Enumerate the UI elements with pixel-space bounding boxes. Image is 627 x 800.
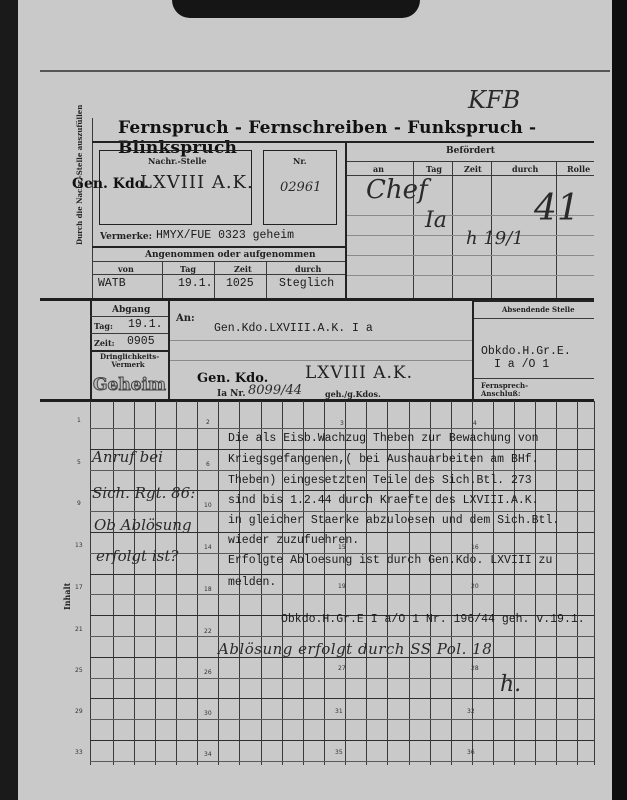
col-zeit: Zeit [464, 164, 482, 174]
row-number: 34 [204, 751, 212, 758]
rule [90, 316, 168, 317]
abgang-zeit-value: 0905 [127, 335, 155, 348]
rule [92, 246, 345, 248]
nr-label: Nr. [293, 156, 307, 166]
rule [170, 340, 472, 341]
nachr-stelle-label: Nachr.-Stelle [148, 156, 207, 166]
grid-row-line [90, 698, 594, 699]
col-rolle: Rolle [567, 164, 590, 174]
an-value: Gen.Kdo.LXVIII.A.K. I a [214, 322, 373, 335]
row-number: 19 [338, 583, 346, 590]
row-number: 16 [471, 544, 479, 551]
rule [347, 255, 594, 256]
grid-col-line [197, 401, 198, 765]
row-number: 9 [77, 500, 81, 507]
grid-row-line [90, 511, 594, 512]
grid-col-line [90, 401, 91, 765]
rule [347, 275, 594, 276]
inhalt-label: Inhalt [62, 583, 72, 610]
rule [90, 333, 168, 334]
an-label: An: [176, 313, 195, 324]
vermerke-value: HMYX/FUE 0323 geheim [156, 229, 294, 242]
grid-row-line [90, 449, 594, 450]
row-number: 5 [77, 459, 81, 466]
row-number: 35 [335, 749, 343, 756]
grid-row-line [90, 470, 594, 471]
rule [474, 378, 594, 379]
message-line: Erfolgte Abloesung ist durch Gen.Kdo. LX… [228, 554, 552, 567]
rule [474, 318, 594, 319]
abgang-header: Abgang [112, 305, 150, 315]
message-line: melden. [228, 576, 276, 589]
stamp-suffix: geh./g.Kdos. [325, 389, 381, 399]
nachr-stelle-prefix: Gen. Kdo. [72, 176, 149, 192]
col-divider [266, 261, 267, 298]
margin-note-line: Anruf bei [92, 448, 163, 466]
margin-note-line: erfolgt ist? [96, 547, 178, 565]
annotation-kfb: KFB [468, 86, 520, 114]
grid-col-line [218, 401, 219, 765]
row-number: 3 [340, 420, 344, 427]
abgang-tag-value: 19.1. [128, 318, 163, 331]
message-line: Kriegsgefangenen,( bei Aushauarbeiten am… [228, 453, 539, 466]
row-number: 1 [77, 417, 81, 424]
grid-row-line [90, 719, 594, 720]
rule [170, 360, 472, 361]
row-number: 29 [75, 708, 83, 715]
rule [474, 300, 594, 302]
durch-value: Steglich [279, 277, 334, 290]
row-number: 20 [471, 583, 479, 590]
grid-row-line [90, 574, 594, 575]
divider [472, 300, 474, 399]
row-number: 28 [471, 665, 479, 672]
row-number: 21 [75, 626, 83, 633]
col-tag: Tag [180, 264, 196, 274]
col-tag: Tag [426, 164, 442, 174]
absendende-line2: I a /O 1 [494, 358, 549, 371]
col-durch: durch [512, 164, 538, 174]
handwritten-41: 41 [534, 188, 580, 229]
grid-row-line [90, 740, 594, 741]
col-von: von [118, 264, 134, 274]
handwritten-time: h 19/1 [466, 228, 524, 249]
row-number: 26 [204, 669, 212, 676]
tag-value: 19.1. [178, 277, 213, 290]
rule [92, 274, 345, 275]
row-number: 27 [338, 665, 346, 672]
row-number: 18 [204, 586, 212, 593]
vermerke-label: Vermerke: [100, 232, 152, 242]
abgang-zeit-label: Zeit: [94, 338, 115, 348]
von-value: WATB [98, 277, 126, 290]
row-number: 10 [204, 502, 212, 509]
zeit-value: 1025 [226, 277, 254, 290]
message-line: Theben) eingesetzten Teile des Sich.Btl.… [228, 474, 532, 487]
row-number: 30 [204, 710, 212, 717]
col-divider [556, 161, 557, 298]
message-reference: Obkdo.H.Gr.E I a/O 1 Nr. 196/44 geh. v.1… [281, 613, 585, 626]
handwritten-initial: h. [500, 672, 521, 697]
abgang-tag-label: Tag: [94, 321, 113, 331]
margin-note-line: Sich. Rgt. 86: [92, 484, 195, 502]
rule [92, 261, 345, 262]
handwritten-ia: Ia [425, 208, 447, 233]
message-line: in gleicher Staerke abzuloesen und dem S… [228, 514, 559, 527]
befoerdert-header: Befördert [446, 146, 495, 156]
col-durch: durch [295, 264, 321, 274]
row-number: 32 [467, 708, 475, 715]
nachr-stelle-value: LXVIII A.K. [140, 172, 254, 193]
side-label: Durch die Nachr.-Stelle auszufüllen [75, 105, 84, 245]
row-number: 31 [335, 708, 343, 715]
row-number: 17 [75, 584, 83, 591]
grid-col-line [577, 401, 578, 765]
grid-col-line [176, 401, 177, 765]
frame-left [92, 118, 93, 298]
margin-note-line: Ob Ablösung [94, 516, 192, 534]
fernsprech-label: Fernsprech-Anschluß: [481, 382, 531, 398]
grid-row-line [90, 761, 594, 762]
col-divider [162, 261, 163, 298]
ia-nr-value: 8099/44 [248, 383, 302, 398]
row-number: 6 [206, 461, 210, 468]
col-divider [452, 161, 453, 298]
angenommen-header: Angenommen oder aufgenommen [145, 250, 316, 260]
title-rule [92, 141, 594, 143]
col-an: an [373, 164, 384, 174]
row-number: 22 [204, 628, 212, 635]
col-zeit: Zeit [234, 264, 252, 274]
grid-col-line [594, 401, 595, 765]
row-number: 25 [75, 667, 83, 674]
col-divider [214, 261, 215, 298]
message-line: sind bis 1.2.44 durch Kraefte des LXVIII… [228, 494, 539, 507]
stamp-unit: LXVIII A.K. [305, 363, 413, 383]
grid-col-line [556, 401, 557, 765]
message-line: Die als Eisb.Wachzug Theben zur Bewachun… [228, 432, 539, 445]
row-number: 13 [75, 542, 83, 549]
band-bottom [40, 399, 594, 402]
row-number: 14 [204, 544, 212, 551]
page-fold-line [40, 70, 610, 72]
row-number: 4 [473, 420, 477, 427]
binder-clip [172, 0, 420, 18]
absendende-line1: Obkdo.H.Gr.E. [481, 345, 571, 358]
row-number: 36 [467, 749, 475, 756]
geheim-stamp: Geheim [93, 375, 166, 395]
nr-value: 02961 [280, 180, 321, 195]
grid-row-line [90, 594, 594, 595]
handwritten-confirmation: Ablösung erfolgt durch SS Pol. 18 [218, 640, 492, 658]
handwritten-chef: Chef [366, 175, 428, 205]
message-line: wieder zuzufuehren. [228, 534, 359, 547]
grid-row-line [90, 428, 594, 429]
divider [168, 300, 170, 399]
dringlichkeit-label: Dringlichkeits-Vermerk [100, 353, 156, 369]
absendende-label: Absendende Stelle [502, 305, 575, 314]
row-number: 2 [206, 419, 210, 426]
ia-nr-label: Ia Nr. [217, 389, 245, 399]
row-number: 33 [75, 749, 83, 756]
grid-row-line [90, 636, 594, 637]
